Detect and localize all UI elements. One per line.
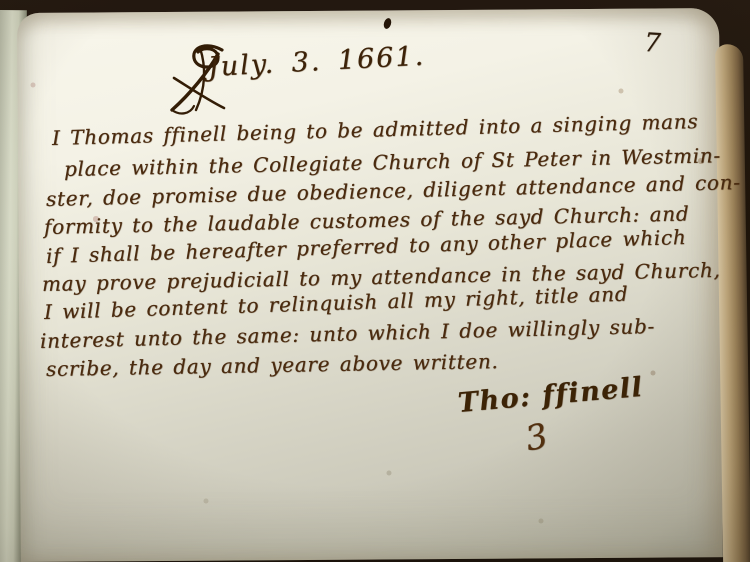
manuscript-photo: July. 3. 1661. 7 I Thomas ffinell being …	[0, 0, 750, 562]
page-number: 7	[643, 28, 661, 59]
paper-texture	[0, 0, 2, 2]
